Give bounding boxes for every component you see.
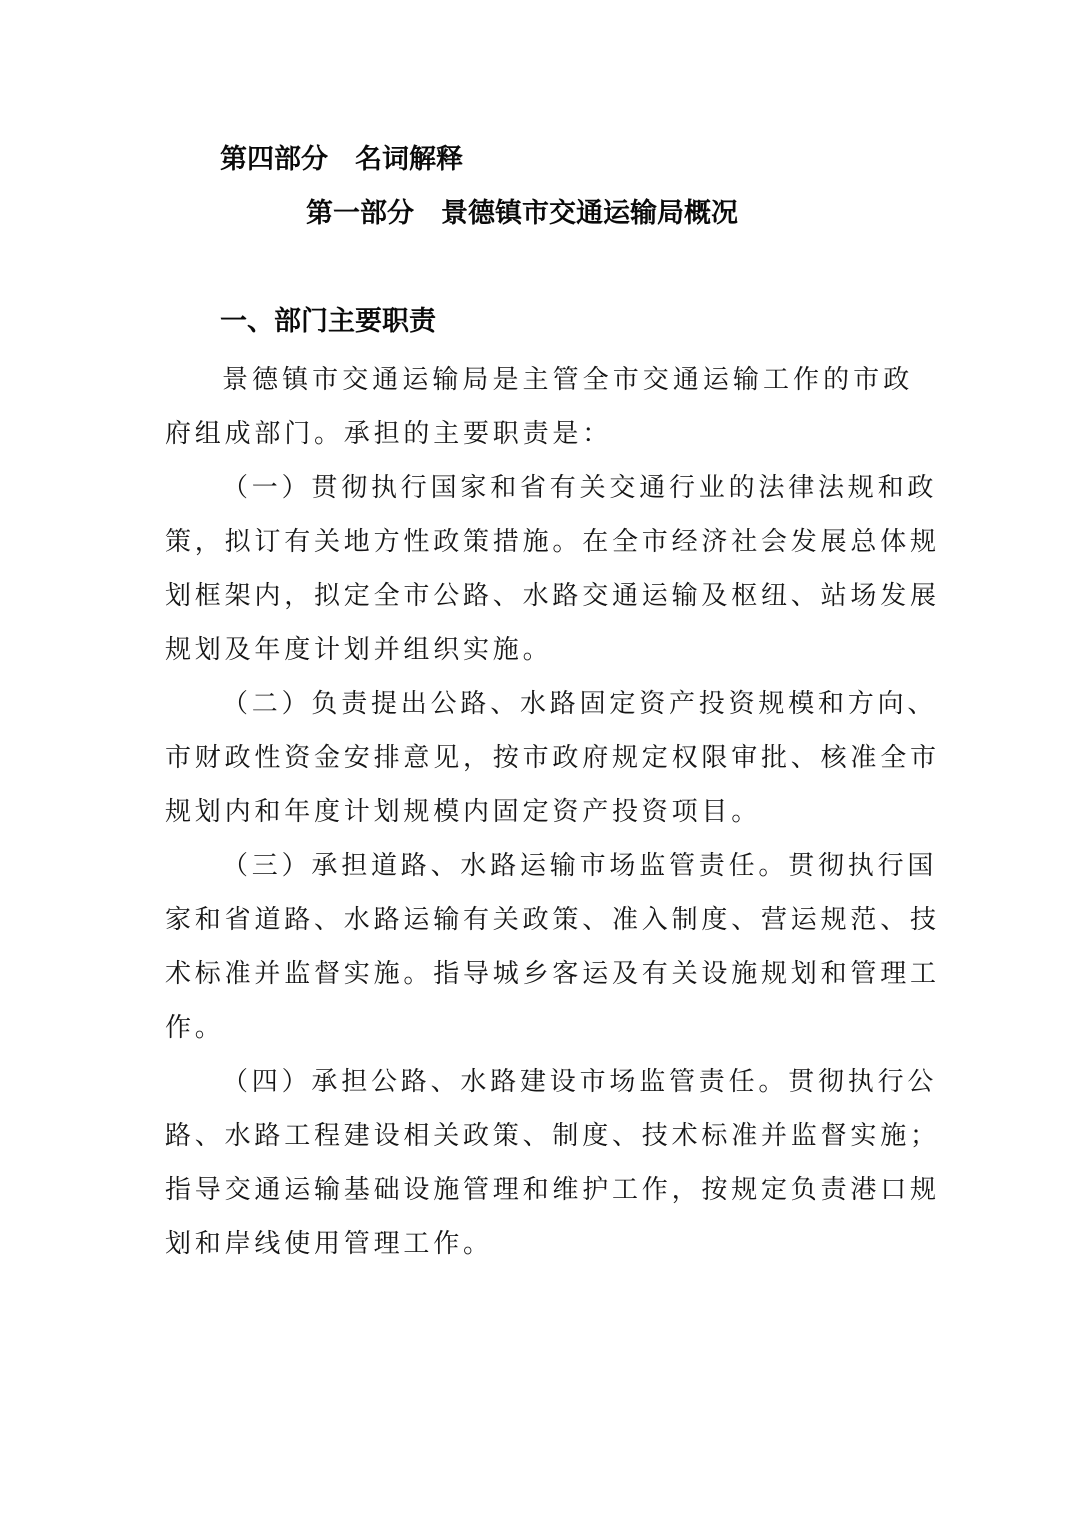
heading-part-four: 第四部分 名词解释 (220, 144, 463, 176)
paragraph-line: 路、水路工程建设相关政策、制度、技术标准并监督实施； (165, 1120, 913, 1152)
paragraph-line: 家和省道路、水路运输有关政策、准入制度、营运规范、技 (165, 904, 913, 936)
paragraph-line: 景德镇市交通运输局是主管全市交通运输工作的市政 (222, 364, 913, 396)
paragraph-line: 划框架内，拟定全市公路、水路交通运输及枢纽、站场发展 (165, 580, 913, 612)
paragraph-line: 划和岸线使用管理工作。 (165, 1228, 913, 1260)
paragraph-line: 指导交通运输基础设施管理和维护工作，按规定负责港口规 (165, 1174, 913, 1206)
paragraph-line: 市财政性资金安排意见，按市政府规定权限审批、核准全市 (165, 742, 913, 774)
heading-section-main-duties: 一、部门主要职责 (220, 306, 436, 338)
paragraph-line: 作。 (165, 1012, 913, 1044)
paragraph-line: 规划及年度计划并组织实施。 (165, 634, 913, 666)
paragraph-line: 术标准并监督实施。指导城乡客运及有关设施规划和管理工 (165, 958, 913, 990)
paragraph-line: （四）承担公路、水路建设市场监管责任。贯彻执行公 (222, 1066, 913, 1098)
document-page: 第四部分 名词解释 第一部分 景德镇市交通运输局概况 一、部门主要职责 景德镇市… (0, 0, 1074, 1520)
paragraph-line: 府组成部门。承担的主要职责是： (165, 418, 913, 450)
paragraph-line: 策，拟订有关地方性政策措施。在全市经济社会发展总体规 (165, 526, 913, 558)
paragraph-line: （一）贯彻执行国家和省有关交通行业的法律法规和政 (222, 472, 913, 504)
paragraph-line: （二）负责提出公路、水路固定资产投资规模和方向、 (222, 688, 913, 720)
paragraph-line: （三）承担道路、水路运输市场监管责任。贯彻执行国 (222, 850, 913, 882)
paragraph-line: 规划内和年度计划规模内固定资产投资项目。 (165, 796, 913, 828)
heading-part-one: 第一部分 景德镇市交通运输局概况 (306, 198, 738, 230)
